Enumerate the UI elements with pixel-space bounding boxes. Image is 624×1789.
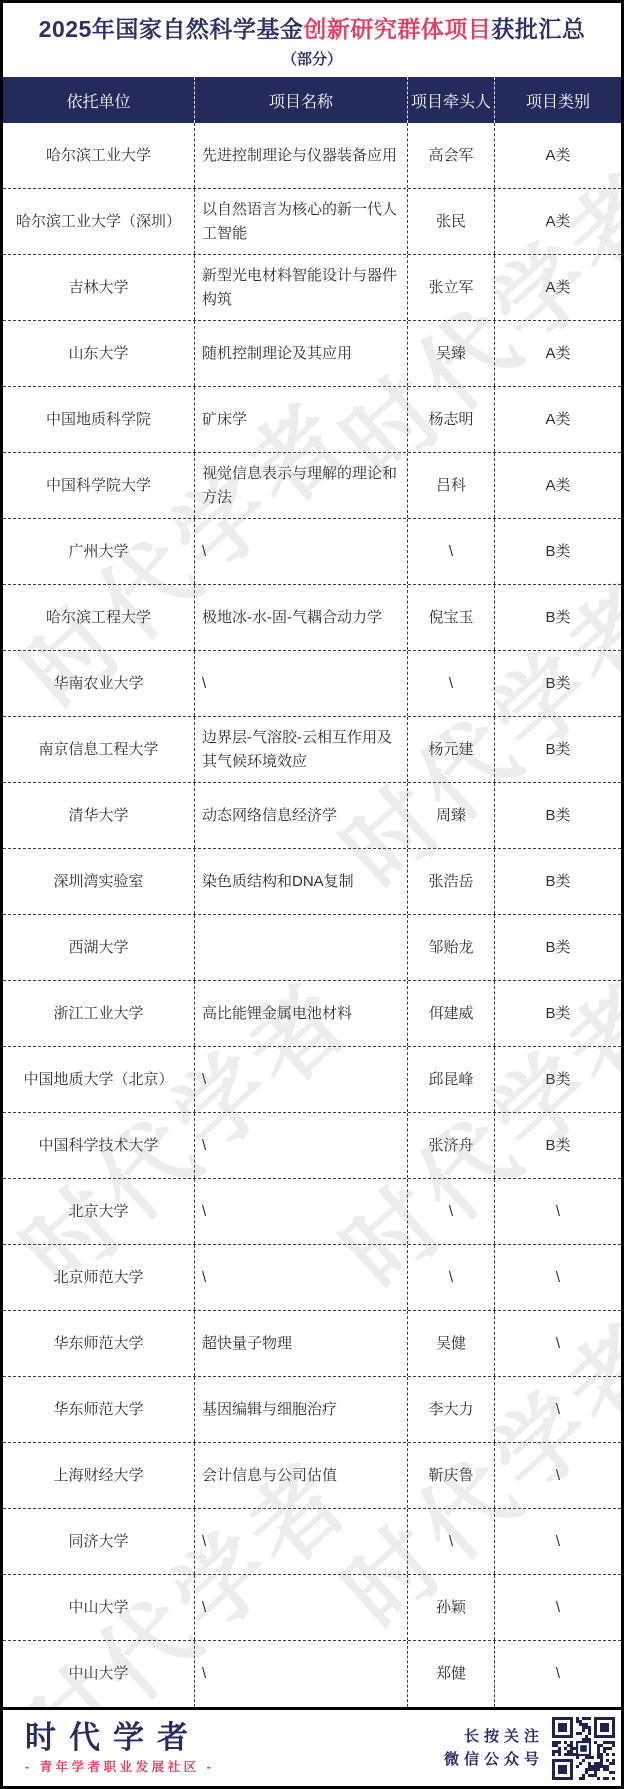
cell-category: B类 bbox=[495, 915, 621, 980]
cell-category: A类 bbox=[495, 387, 621, 452]
table-row: 哈尔滨工业大学 先进控制理论与仪器装备应用 高会军 A类 bbox=[3, 123, 621, 189]
table-row: 山东大学 随机控制理论及其应用 吴臻 A类 bbox=[3, 321, 621, 387]
page-title: 2025年国家自然科学基金创新研究群体项目获批汇总 bbox=[3, 15, 621, 45]
cell-leader: 张立军 bbox=[408, 255, 495, 320]
cell-leader: 吴健 bbox=[408, 1311, 495, 1376]
cell-institution: 哈尔滨工业大学 bbox=[3, 123, 195, 188]
cell-institution: 中国地质大学（北京） bbox=[3, 1047, 195, 1112]
title-highlight: 创新研究群体项目 bbox=[303, 16, 491, 42]
cell-institution: 哈尔滨工业大学（深圳） bbox=[3, 189, 195, 254]
cell-category: B类 bbox=[495, 1113, 621, 1178]
title-block: 2025年国家自然科学基金创新研究群体项目获批汇总 （部分） bbox=[3, 3, 621, 77]
cell-project: 先进控制理论与仪器装备应用 bbox=[195, 123, 408, 188]
cell-project: 超快量子物理 bbox=[195, 1311, 408, 1376]
table-row: 浙江工业大学 高比能锂金属电池材料 佴建威 B类 bbox=[3, 981, 621, 1047]
cell-project: \ bbox=[195, 1179, 408, 1244]
cell-category: A类 bbox=[495, 255, 621, 320]
cell-leader: \ bbox=[408, 1245, 495, 1310]
cell-project: 随机控制理论及其应用 bbox=[195, 321, 408, 386]
cell-category: B类 bbox=[495, 1047, 621, 1112]
cell-institution: 北京师范大学 bbox=[3, 1245, 195, 1310]
cell-institution: 中国科学院大学 bbox=[3, 453, 195, 518]
cell-leader: 周臻 bbox=[408, 783, 495, 848]
cell-leader: 高会军 bbox=[408, 123, 495, 188]
cell-leader: 倪宝玉 bbox=[408, 585, 495, 650]
cell-leader: 张浩岳 bbox=[408, 849, 495, 914]
table-row: 南京信息工程大学 边界层-气溶胶-云相互作用及其气候环境效应 杨元建 B类 bbox=[3, 717, 621, 783]
brand-name: 时代学者 bbox=[25, 1721, 214, 1755]
cell-leader: 杨元建 bbox=[408, 717, 495, 782]
col-header-project: 项目名称 bbox=[195, 77, 408, 123]
footer: 时代学者 - 青年学者职业发展社区 - 长按关注 微信公众号 bbox=[3, 1707, 621, 1786]
cell-leader: 杨志明 bbox=[408, 387, 495, 452]
cell-institution: 中山大学 bbox=[3, 1575, 195, 1640]
cell-category: \ bbox=[495, 1575, 621, 1640]
cell-category: B类 bbox=[495, 585, 621, 650]
table-row: 深圳湾实验室 染色质结构和DNA复制 张浩岳 B类 bbox=[3, 849, 621, 915]
table-row: 华南农业大学 \ \ B类 bbox=[3, 651, 621, 717]
cell-category: A类 bbox=[495, 189, 621, 254]
brand-block: 时代学者 - 青年学者职业发展社区 - bbox=[25, 1721, 214, 1775]
cell-leader: 李大力 bbox=[408, 1377, 495, 1442]
cell-institution: 北京大学 bbox=[3, 1179, 195, 1244]
cell-project: 动态网络信息经济学 bbox=[195, 783, 408, 848]
cell-project: \ bbox=[195, 519, 408, 584]
title-suffix: 获批汇总 bbox=[491, 16, 585, 42]
cell-institution: 南京信息工程大学 bbox=[3, 717, 195, 782]
cell-category: B类 bbox=[495, 783, 621, 848]
cell-project: 以自然语言为核心的新一代人工智能 bbox=[195, 189, 408, 254]
cell-project: \ bbox=[195, 1575, 408, 1640]
table-row: 哈尔滨工业大学（深圳） 以自然语言为核心的新一代人工智能 张民 A类 bbox=[3, 189, 621, 255]
table-row: 中国科学技术大学 \ 张济舟 B类 bbox=[3, 1113, 621, 1179]
cell-leader: 孙颖 bbox=[408, 1575, 495, 1640]
cell-leader: 吕科 bbox=[408, 453, 495, 518]
table-row: 哈尔滨工程大学 极地冰-水-固-气耦合动力学 倪宝玉 B类 bbox=[3, 585, 621, 651]
table-row: 同济大学 \ \ \ bbox=[3, 1509, 621, 1575]
cell-project: \ bbox=[195, 1113, 408, 1178]
table-header-row: 依托单位 项目名称 项目牵头人 项目类别 bbox=[3, 77, 621, 123]
cell-institution: 上海财经大学 bbox=[3, 1443, 195, 1508]
cell-category: \ bbox=[495, 1509, 621, 1574]
cell-leader: 吴臻 bbox=[408, 321, 495, 386]
cell-category: B类 bbox=[495, 717, 621, 782]
cell-leader: \ bbox=[408, 651, 495, 716]
table-row: 华东师范大学 超快量子物理 吴健 \ bbox=[3, 1311, 621, 1377]
cell-leader: \ bbox=[408, 519, 495, 584]
cell-project: 基因编辑与细胞治疗 bbox=[195, 1377, 408, 1442]
table-row: 广州大学 \ \ B类 bbox=[3, 519, 621, 585]
cell-project: 边界层-气溶胶-云相互作用及其气候环境效应 bbox=[195, 717, 408, 782]
brand-tagline: - 青年学者职业发展社区 - bbox=[25, 1757, 214, 1775]
table-row: 华东师范大学 基因编辑与细胞治疗 李大力 \ bbox=[3, 1377, 621, 1443]
follow-block: 长按关注 微信公众号 bbox=[444, 1717, 615, 1780]
cell-project: 高比能锂金属电池材料 bbox=[195, 981, 408, 1046]
cell-project: \ bbox=[195, 1509, 408, 1574]
title-prefix: 2025年国家自然科学基金 bbox=[39, 16, 304, 42]
follow-line-1: 长按关注 bbox=[444, 1725, 544, 1748]
cell-project: \ bbox=[195, 1245, 408, 1310]
cell-leader: 佴建威 bbox=[408, 981, 495, 1046]
title-subtitle: （部分） bbox=[3, 48, 621, 69]
cell-project: \ bbox=[195, 1047, 408, 1112]
cell-institution: 山东大学 bbox=[3, 321, 195, 386]
cell-category: \ bbox=[495, 1443, 621, 1508]
table-row: 中山大学 \ 孙颖 \ bbox=[3, 1575, 621, 1641]
cell-category: \ bbox=[495, 1641, 621, 1707]
cell-leader: 张民 bbox=[408, 189, 495, 254]
cell-category: \ bbox=[495, 1311, 621, 1376]
cell-category: A类 bbox=[495, 453, 621, 518]
cell-institution: 吉林大学 bbox=[3, 255, 195, 320]
cell-project: \ bbox=[195, 651, 408, 716]
wechat-qr-code bbox=[552, 1717, 615, 1780]
cell-project bbox=[195, 915, 408, 980]
cell-project: 矿床学 bbox=[195, 387, 408, 452]
cell-category: B类 bbox=[495, 519, 621, 584]
poster: 2025年国家自然科学基金创新研究群体项目获批汇总 （部分） 依托单位 项目名称… bbox=[0, 0, 624, 1789]
cell-institution: 同济大学 bbox=[3, 1509, 195, 1574]
cell-leader: 邱昆峰 bbox=[408, 1047, 495, 1112]
cell-leader: \ bbox=[408, 1509, 495, 1574]
cell-leader: 张济舟 bbox=[408, 1113, 495, 1178]
cell-leader: 靳庆鲁 bbox=[408, 1443, 495, 1508]
col-header-institution: 依托单位 bbox=[3, 77, 195, 123]
cell-institution: 浙江工业大学 bbox=[3, 981, 195, 1046]
cell-leader: 邹贻龙 bbox=[408, 915, 495, 980]
table-row: 中山大学 \ 郑健 \ bbox=[3, 1641, 621, 1707]
table-row: 北京师范大学 \ \ \ bbox=[3, 1245, 621, 1311]
cell-leader: \ bbox=[408, 1179, 495, 1244]
table-row: 吉林大学 新型光电材料智能设计与器件构筑 张立军 A类 bbox=[3, 255, 621, 321]
cell-institution: 华东师范大学 bbox=[3, 1377, 195, 1442]
cell-project: 染色质结构和DNA复制 bbox=[195, 849, 408, 914]
cell-project: 视觉信息表示与理解的理论和方法 bbox=[195, 453, 408, 518]
cell-institution: 广州大学 bbox=[3, 519, 195, 584]
cell-institution: 西湖大学 bbox=[3, 915, 195, 980]
cell-institution: 中山大学 bbox=[3, 1641, 195, 1707]
cell-category: B类 bbox=[495, 651, 621, 716]
cell-project: \ bbox=[195, 1641, 408, 1707]
cell-category: \ bbox=[495, 1179, 621, 1244]
col-header-category: 项目类别 bbox=[495, 77, 621, 123]
cell-institution: 中国科学技术大学 bbox=[3, 1113, 195, 1178]
cell-project: 会计信息与公司估值 bbox=[195, 1443, 408, 1508]
table-row: 中国地质科学院 矿床学 杨志明 A类 bbox=[3, 387, 621, 453]
cell-category: B类 bbox=[495, 849, 621, 914]
cell-institution: 清华大学 bbox=[3, 783, 195, 848]
cell-category: \ bbox=[495, 1245, 621, 1310]
cell-category: A类 bbox=[495, 321, 621, 386]
cell-project: 新型光电材料智能设计与器件构筑 bbox=[195, 255, 408, 320]
table-row: 上海财经大学 会计信息与公司估值 靳庆鲁 \ bbox=[3, 1443, 621, 1509]
cell-project: 极地冰-水-固-气耦合动力学 bbox=[195, 585, 408, 650]
cell-category: A类 bbox=[495, 123, 621, 188]
cell-institution: 华东师范大学 bbox=[3, 1311, 195, 1376]
cell-institution: 哈尔滨工程大学 bbox=[3, 585, 195, 650]
follow-line-2: 微信公众号 bbox=[444, 1748, 544, 1771]
table-row: 中国地质大学（北京） \ 邱昆峰 B类 bbox=[3, 1047, 621, 1113]
cell-category: \ bbox=[495, 1377, 621, 1442]
table-row: 中国科学院大学 视觉信息表示与理解的理论和方法 吕科 A类 bbox=[3, 453, 621, 519]
table-row: 北京大学 \ \ \ bbox=[3, 1179, 621, 1245]
table-row: 清华大学 动态网络信息经济学 周臻 B类 bbox=[3, 783, 621, 849]
cell-leader: 郑健 bbox=[408, 1641, 495, 1707]
cell-institution: 华南农业大学 bbox=[3, 651, 195, 716]
table-row: 西湖大学 邹贻龙 B类 bbox=[3, 915, 621, 981]
follow-text: 长按关注 微信公众号 bbox=[444, 1725, 544, 1772]
cell-category: B类 bbox=[495, 981, 621, 1046]
col-header-leader: 项目牵头人 bbox=[408, 77, 495, 123]
cell-institution: 中国地质科学院 bbox=[3, 387, 195, 452]
projects-table: 依托单位 项目名称 项目牵头人 项目类别 哈尔滨工业大学 先进控制理论与仪器装备… bbox=[3, 77, 621, 1707]
cell-institution: 深圳湾实验室 bbox=[3, 849, 195, 914]
